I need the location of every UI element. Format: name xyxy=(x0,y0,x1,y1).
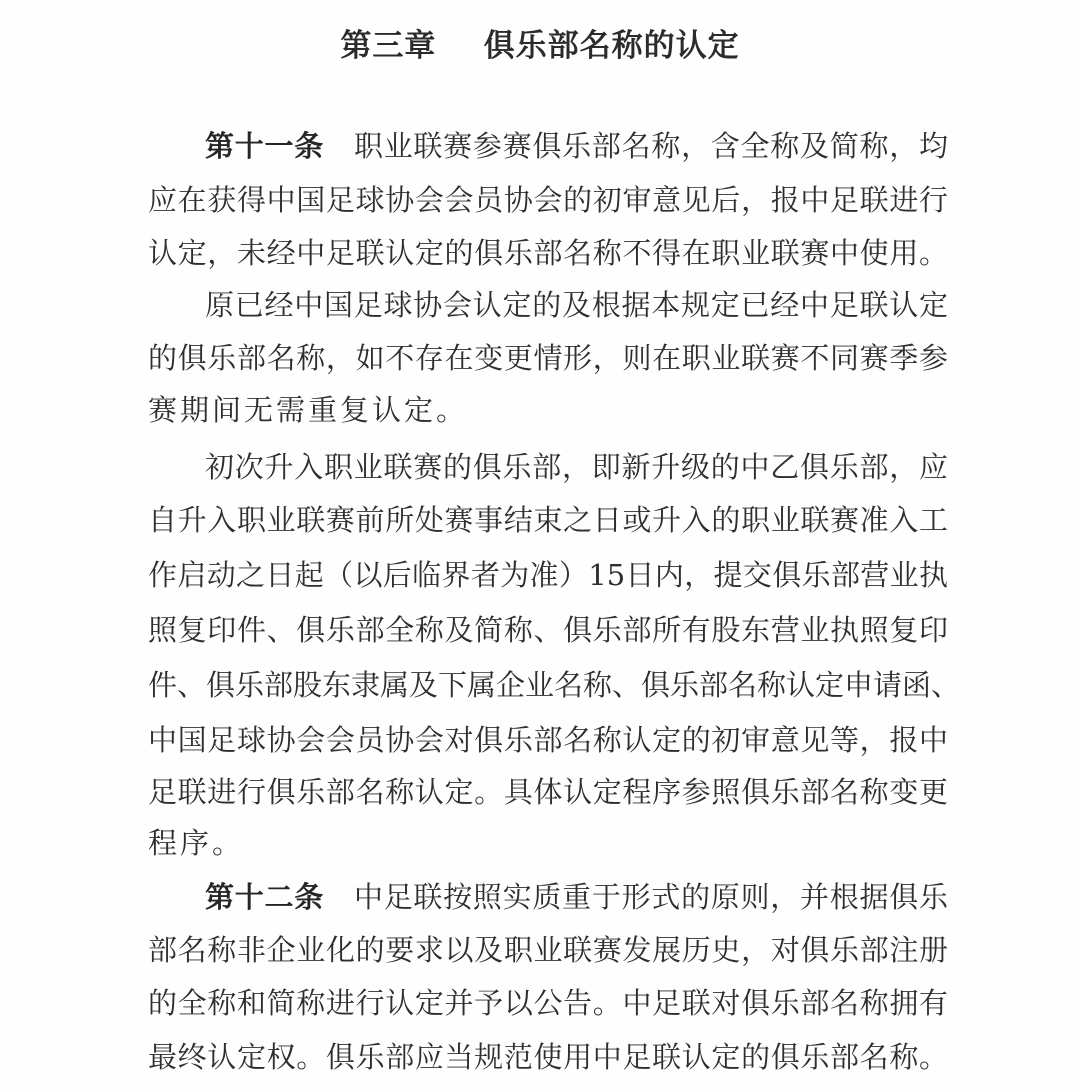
article-11-para-3-line-8: 程序。 xyxy=(148,825,948,861)
article-12-number: 第十二条 xyxy=(205,880,324,914)
chapter-title: 第三章 俱乐部名称的认定 xyxy=(0,20,1080,65)
article-11-para-2-line-3: 赛期间无需重复认定。 xyxy=(148,392,948,428)
article-11-para-3-line-3: 作启动之日起（以后临界者为准）15日内，提交俱乐部营业执 xyxy=(148,557,948,593)
article-11-para-3-line-2: 自升入职业联赛前所处赛事结束之日或升入的职业联赛准入工 xyxy=(148,502,948,538)
article-12-line-2: 部名称非企业化的要求以及职业联赛发展历史，对俱乐部注册 xyxy=(148,932,948,968)
article-11-para-3-line-5: 件、俱乐部股东隶属及下属企业名称、俱乐部名称认定申请函、 xyxy=(148,667,948,703)
article-11-para-3-line-4: 照复印件、俱乐部全称及简称、俱乐部所有股东营业执照复印 xyxy=(148,612,948,648)
article-11-para-2-line-2: 的俱乐部名称，如不存在变更情形，则在职业联赛不同赛季参 xyxy=(148,340,948,376)
document-page: 第三章 俱乐部名称的认定 第十一条职业联赛参赛俱乐部名称，含全称及简称，均 应在… xyxy=(0,0,1080,1092)
article-11-para-3-line-1: 初次升入职业联赛的俱乐部，即新升级的中乙俱乐部，应 xyxy=(205,449,948,485)
article-11-para-3-line-6: 中国足球协会会员协会对俱乐部名称认定的初审意见等，报中 xyxy=(148,722,948,758)
article-11-para-2-line-1: 原已经中国足球协会认定的及根据本规定已经中足联认定 xyxy=(205,287,948,323)
article-11-text: 职业联赛参赛俱乐部名称，含全称及简称，均 xyxy=(354,129,948,163)
article-12-text: 中足联按照实质重于形式的原则，并根据俱乐 xyxy=(354,880,948,914)
article-12-line-3: 的全称和简称进行认定并予以公告。中足联对俱乐部名称拥有 xyxy=(148,985,948,1021)
article-11-number: 第十一条 xyxy=(205,129,324,163)
article-11-line-3: 认定，未经中足联认定的俱乐部名称不得在职业联赛中使用。 xyxy=(148,235,948,271)
article-11-line-2: 应在获得中国足球协会会员协会的初审意见后，报中足联进行 xyxy=(148,182,948,218)
article-12-line-4: 最终认定权。俱乐部应当规范使用中足联认定的俱乐部名称。 xyxy=(148,1039,948,1075)
article-12-line-1: 第十二条中足联按照实质重于形式的原则，并根据俱乐 xyxy=(205,879,948,915)
article-11-para-3-line-7: 足联进行俱乐部名称认定。具体认定程序参照俱乐部名称变更 xyxy=(148,774,948,810)
article-11-line-1: 第十一条职业联赛参赛俱乐部名称，含全称及简称，均 xyxy=(205,128,948,164)
